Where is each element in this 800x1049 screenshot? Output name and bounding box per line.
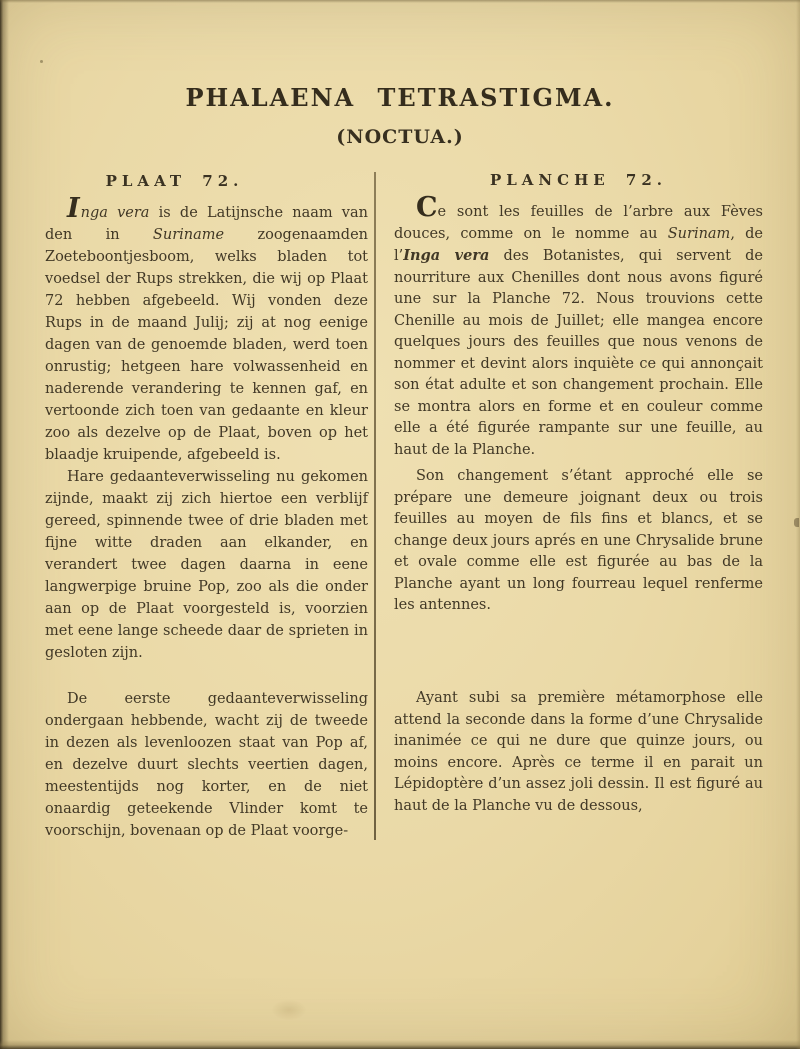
left-paragraph-1: Inga vera is de Latijnsche naam van den …: [45, 202, 368, 466]
page-title: PHALAENA TETRASTIGMA.: [0, 83, 800, 112]
paper-stain: [272, 1000, 306, 1020]
scan-edge-bottom-shadow: [0, 1040, 800, 1049]
scanned-book-page: PHALAENA TETRASTIGMA. (NOCTUA.) PLAAT 72…: [0, 0, 800, 1049]
left-column-header: PLAAT 72.: [45, 170, 304, 202]
paragraph-text: des Botanistes, qui servent de nourritur…: [394, 248, 763, 458]
french-drop-cap-initial: C: [416, 192, 438, 223]
dutch-drop-cap-initial: I: [67, 193, 81, 224]
page-subtitle: (NOCTUA.): [0, 126, 800, 148]
paper-speck: [794, 518, 799, 527]
place-name: Surinam: [668, 226, 731, 242]
place-name: Suriname: [153, 227, 224, 243]
paragraph-text: zoogenaamden Zoeteboontjesboom, welks bl…: [45, 227, 368, 463]
scan-edge-left-shadow: [0, 0, 9, 1049]
right-paragraph-3: Ayant subi sa première métamorphose elle…: [368, 688, 763, 842]
species-latin-name: nga vera: [81, 205, 150, 221]
right-paragraph-2: Son changement s’étant approché elle se …: [368, 466, 763, 688]
right-paragraph-1: Ce sont les feuilles de l’arbre aux Fève…: [368, 202, 763, 466]
left-paragraph-2: Hare gedaanteverwisseling nu gekomen zij…: [45, 466, 368, 688]
two-column-text-block: PLAAT 72. PLANCHE 72. Inga vera is de La…: [45, 170, 763, 842]
paper-speck: [40, 60, 43, 63]
species-latin-name: Inga vera: [403, 247, 489, 264]
scan-edge-top-shadow: [0, 0, 800, 3]
left-paragraph-3: De eerste gedaanteverwisseling ondergaan…: [45, 688, 368, 842]
